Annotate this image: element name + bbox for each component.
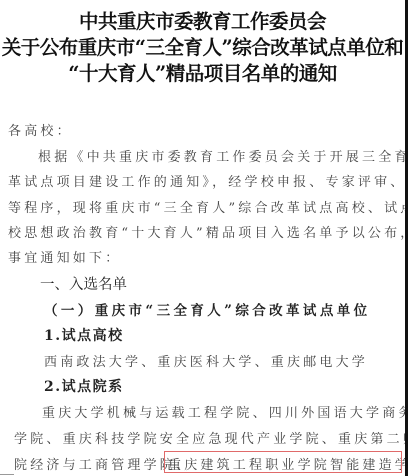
intro-line-4: 校思想政治教育“十大育人”精品项目入选名单予以公布，并就有关 [8,222,408,241]
item-2-line-1: 重庆大学机械与运载工程学院、四川外国语大学商务英语 [42,402,408,421]
intro-line-3: 等程序，现将重庆市“三全育人”综合改革试点高校、试点院系和高 [8,197,408,216]
item-2-heading: 2.试点院系 [44,376,124,396]
intro-line-2: 革试点项目建设工作的通知》，经学校申报、专家评审、网上公示 [8,171,408,190]
item-1-content: 西南政法大学、重庆医科大学、重庆邮电大学 [44,351,368,370]
footnote-divider [0,474,14,475]
section-heading: 一、入选名单 [40,273,127,294]
title-line-1: 中共重庆市委教育工作委员会 [0,6,405,34]
item-1-heading: 1.试点高校 [44,325,124,345]
title-line-2: 关于公布重庆市“三全育人”综合改革试点单位和 [0,32,405,60]
intro-line-1: 根据《中共重庆市委教育工作委员会关于开展三全育人综合改 [38,146,408,165]
salutation: 各高校： [8,120,73,139]
intro-line-5: 事宜通知如下： [8,247,121,266]
title-line-3: “十大育人”精品项目名单的通知 [0,58,405,86]
highlight-box [164,451,402,473]
item-2-line-2: 学院、重庆科技学院安全应急现代产业学院、重庆第二师范学 [14,428,408,447]
subsection-heading: （一）重庆市“三全育人”综合改革试点单位 [44,299,371,319]
